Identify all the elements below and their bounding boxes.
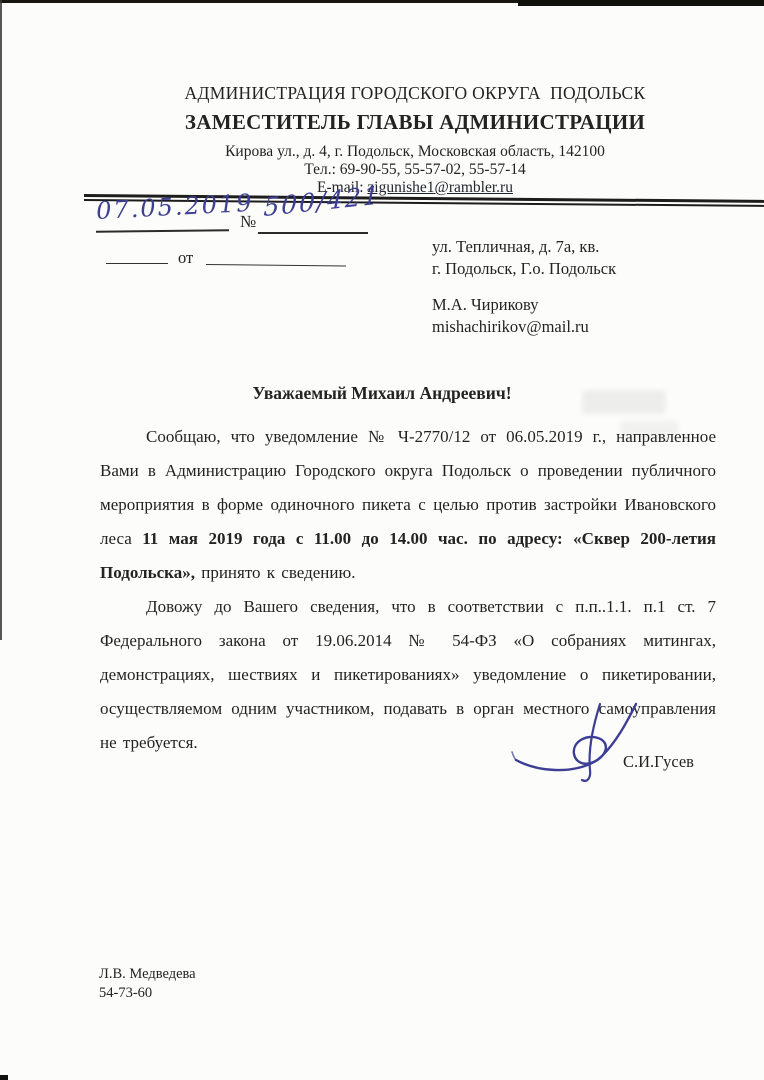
date-blank-line (96, 229, 229, 232)
from-label: от (178, 248, 193, 268)
recipient-address-line1: ул. Тепличная, д. 7а, кв. (432, 236, 616, 258)
letterhead-phones: Тел.: 69-90-55, 55-57-02, 55-57-14 (70, 161, 760, 179)
paragraph-1-bold: 11 мая 2019 года с 11.00 до 14.00 час. п… (100, 529, 716, 582)
scan-edge-bottom-left (0, 1075, 8, 1080)
scan-edge-top (0, 0, 518, 3)
salutation: Уважаемый Михаил Андреевич! (0, 383, 764, 404)
executor-block: Л.В. Медведева 54-73-60 (99, 965, 196, 1003)
signatory-name: С.И.Гусев (623, 752, 694, 772)
handwritten-signature (510, 698, 650, 788)
paragraph-1: Сообщаю, что уведомление № Ч-2770/12 от … (100, 420, 716, 590)
recipient-email: mishachirikov@mail.ru (432, 316, 616, 338)
scan-edge-left (0, 0, 2, 640)
executor-name: Л.В. Медведева (99, 965, 196, 984)
number-blank-line (258, 232, 368, 234)
department-title: ЗАМЕСТИТЕЛЬ ГЛАВЫ АДМИНИСТРАЦИИ (70, 109, 760, 135)
scanned-letter-page: АДМИНИСТРАЦИЯ ГОРОДСКОГО ОКРУГА ПОДОЛЬСК… (0, 0, 764, 1080)
executor-phone: 54-73-60 (99, 984, 196, 1003)
letterhead-email-link[interactable]: zigunishe1@rambler.ru (367, 179, 513, 196)
reply-date-blank-line (106, 263, 168, 264)
letterhead-address: Кирова ул., д. 4, г. Подольск, Московска… (70, 143, 760, 161)
paragraph-1-text-end: принято к сведению. (195, 563, 355, 582)
number-sign: № (240, 212, 256, 232)
recipient-name: М.А. Чирикову (432, 294, 616, 316)
reply-number-blank-line (206, 264, 346, 266)
scan-edge-top-right (518, 0, 764, 6)
recipient-block: ул. Тепличная, д. 7а, кв. г. Подольск, Г… (432, 236, 616, 338)
organization-name: АДМИНИСТРАЦИЯ ГОРОДСКОГО ОКРУГА ПОДОЛЬСК (70, 82, 760, 104)
recipient-address-line2: г. Подольск, Г.о. Подольск (432, 258, 616, 280)
letterhead: АДМИНИСТРАЦИЯ ГОРОДСКОГО ОКРУГА ПОДОЛЬСК… (70, 82, 760, 197)
